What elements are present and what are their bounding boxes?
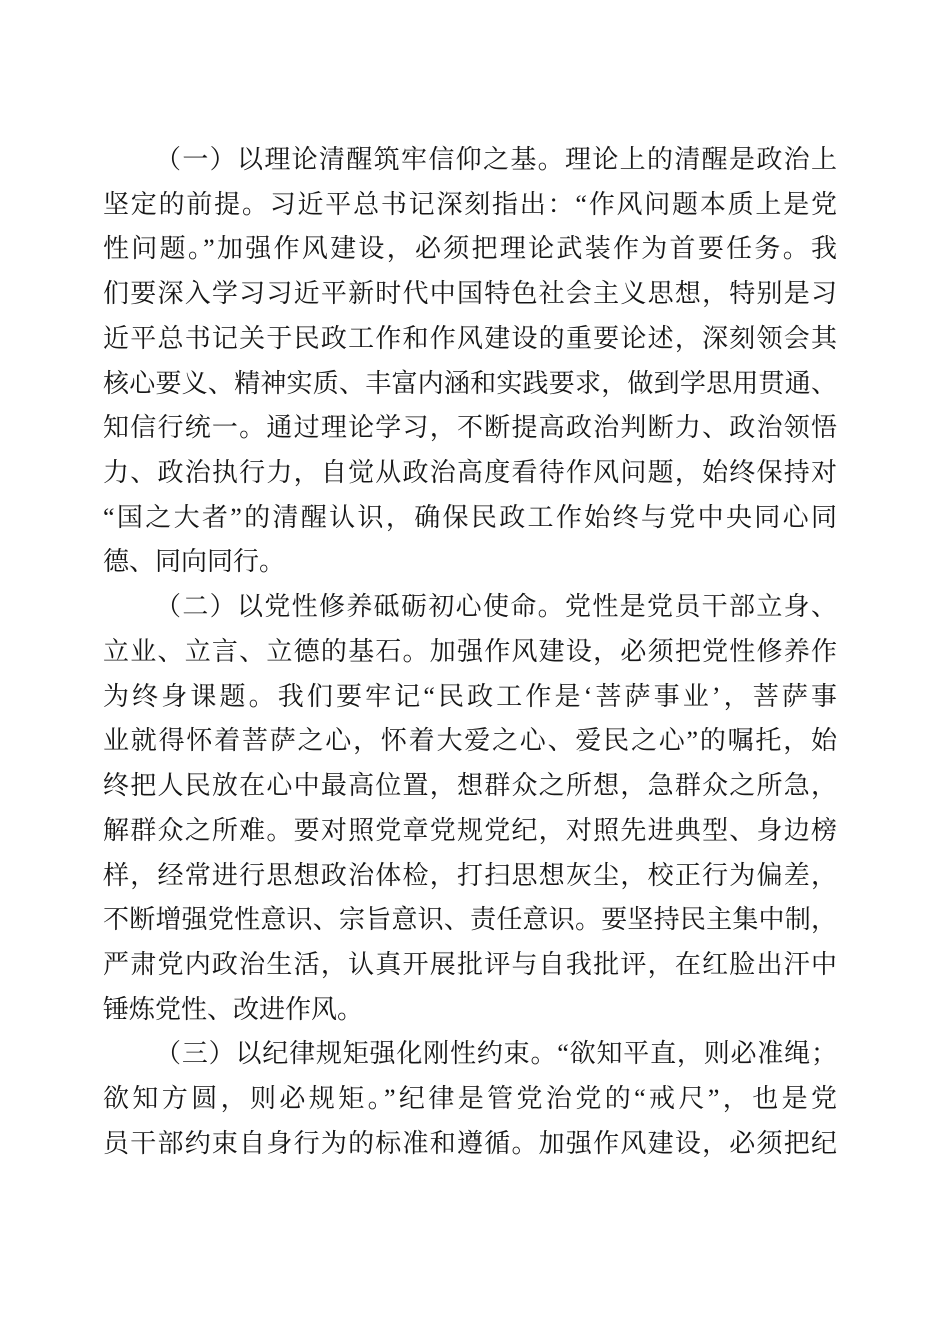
text-line: 坚定的前提。习近平总书记深刻指出：“作风问题本质上是党 xyxy=(103,183,837,228)
text-line: 业就得怀着菩萨之心，怀着大爱之心、爱民之心”的嘱托，始 xyxy=(103,719,837,764)
text-line: （二）以党性修养砥砺初心使命。党性是党员干部立身、 xyxy=(103,585,837,630)
text-line: 性问题。”加强作风建设，必须把理论武装作为首要任务。我 xyxy=(103,227,837,272)
text-line: “国之大者”的清醒认识，确保民政工作始终与党中央同心同 xyxy=(103,496,837,541)
text-line: 欲知方圆，则必规矩。”纪律是管党治党的“戒尺”，也是党 xyxy=(103,1077,837,1122)
text-line: 为终身课题。我们要牢记“民政工作是‘菩萨事业’，菩萨事 xyxy=(103,675,837,720)
text-line: 力、政治执行力，自觉从政治高度看待作风问题，始终保持对 xyxy=(103,451,837,496)
text-line: 员干部约束自身行为的标准和遵循。加强作风建设，必须把纪 xyxy=(103,1122,837,1167)
text-line: （一）以理论清醒筑牢信仰之基。理论上的清醒是政治上 xyxy=(103,138,837,183)
text-line: 终把人民放在心中最高位置，想群众之所想，急群众之所急， xyxy=(103,764,837,809)
text-line: 核心要义、精神实质、丰富内涵和实践要求，做到学思用贯通、 xyxy=(103,362,837,407)
text-line: 近平总书记关于民政工作和作风建设的重要论述，深刻领会其 xyxy=(103,317,837,362)
text-line: 锤炼党性、改进作风。 xyxy=(103,988,837,1033)
text-line: 立业、立言、立德的基石。加强作风建设，必须把党性修养作 xyxy=(103,630,837,675)
text-line: （三）以纪律规矩强化刚性约束。“欲知平直，则必准绳； xyxy=(103,1032,837,1077)
text-line: 解群众之所难。要对照党章党规党纪，对照先进典型、身边榜 xyxy=(103,809,837,854)
text-line: 不断增强党性意识、宗旨意识、责任意识。要坚持民主集中制， xyxy=(103,898,837,943)
document-body: （一）以理论清醒筑牢信仰之基。理论上的清醒是政治上坚定的前提。习近平总书记深刻指… xyxy=(103,138,837,1167)
text-line: 们要深入学习习近平新时代中国特色社会主义思想，特别是习 xyxy=(103,272,837,317)
text-line: 德、同向同行。 xyxy=(103,540,837,585)
text-line: 严肃党内政治生活，认真开展批评与自我批评，在红脸出汗中 xyxy=(103,943,837,988)
document-page: （一）以理论清醒筑牢信仰之基。理论上的清醒是政治上坚定的前提。习近平总书记深刻指… xyxy=(0,0,950,1344)
text-line: 知信行统一。通过理论学习，不断提高政治判断力、政治领悟 xyxy=(103,406,837,451)
text-line: 样，经常进行思想政治体检，打扫思想灰尘，校正行为偏差， xyxy=(103,854,837,899)
